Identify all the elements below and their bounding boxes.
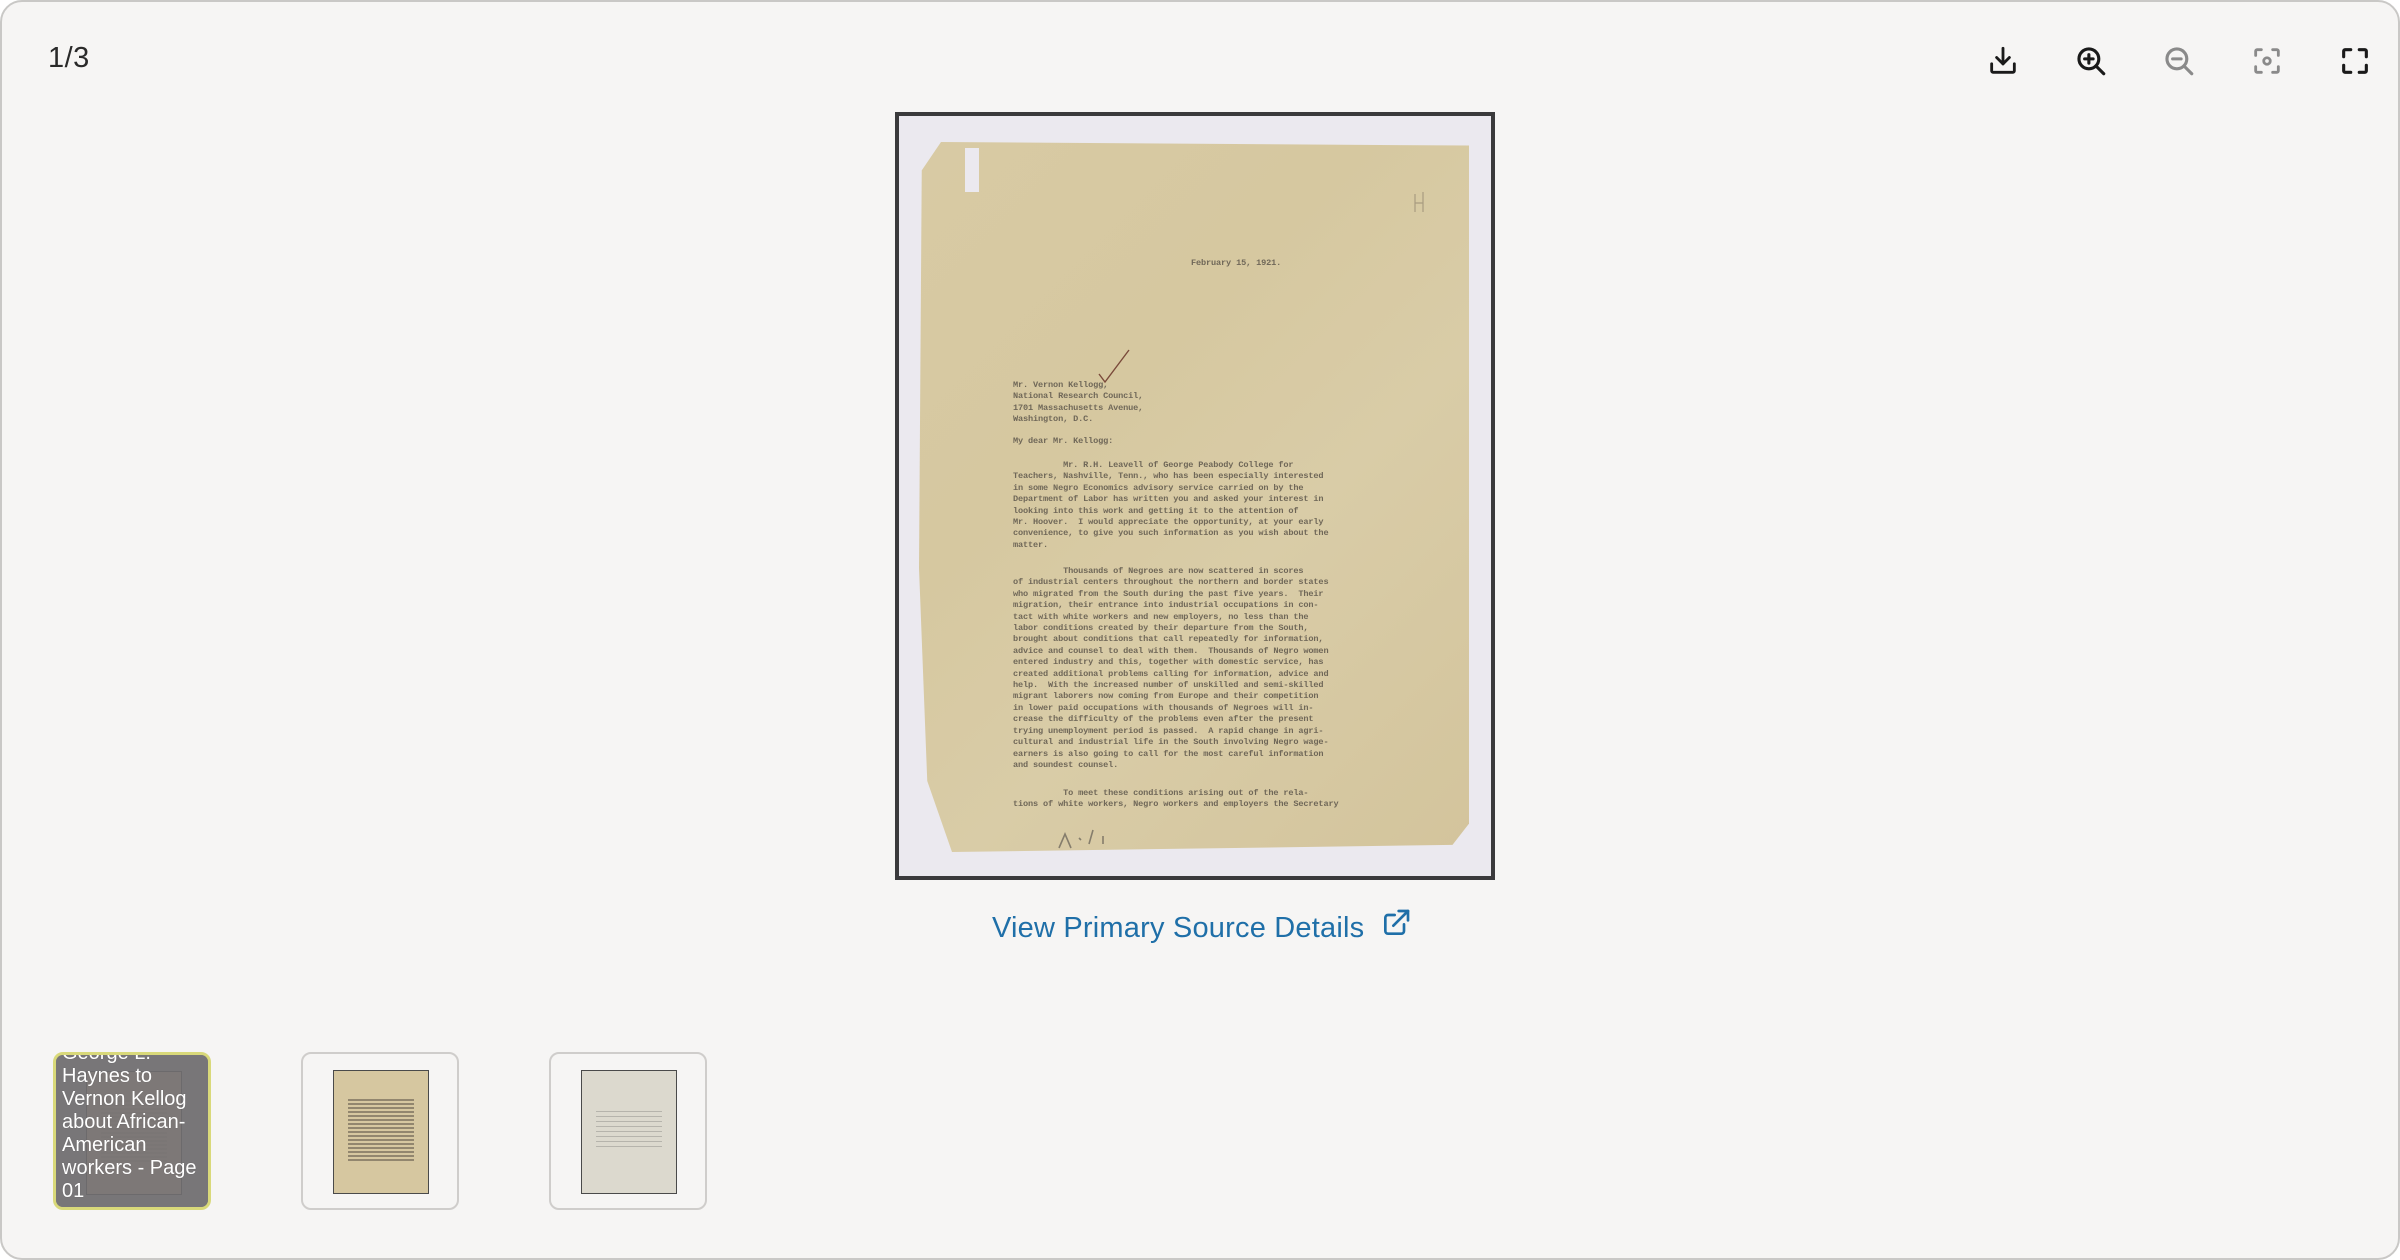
thumbnail-page-2[interactable] bbox=[301, 1052, 459, 1210]
letter-address: Mr. Vernon Kellogg, National Research Co… bbox=[1013, 380, 1143, 426]
link-label: View Primary Source Details bbox=[992, 912, 1364, 945]
thumbnail-page-3[interactable] bbox=[549, 1052, 707, 1210]
document-image[interactable]: February 15, 1921. Mr. Vernon Kellogg, N… bbox=[895, 112, 1495, 880]
external-link-icon bbox=[1380, 907, 1412, 939]
letter-salutation: My dear Mr. Kellogg: bbox=[1013, 436, 1113, 447]
zoom-in-button[interactable] bbox=[2068, 38, 2114, 84]
thumbnail-strip: George L. Haynes to Vernon Kellog about … bbox=[53, 1052, 797, 1210]
page-counter: 1/3 bbox=[48, 42, 90, 75]
download-icon bbox=[1986, 44, 2020, 78]
zoom-out-button[interactable] bbox=[2156, 38, 2202, 84]
thumbnail-page-1[interactable]: George L. Haynes to Vernon Kellog about … bbox=[53, 1052, 211, 1210]
handwritten-annotation bbox=[1057, 822, 1117, 852]
fullscreen-icon bbox=[2338, 44, 2372, 78]
view-primary-source-link[interactable]: View Primary Source Details bbox=[992, 912, 1412, 945]
reset-zoom-button[interactable] bbox=[2244, 38, 2290, 84]
document-viewer: 1/3 bbox=[0, 0, 2400, 1260]
thumbnail-image bbox=[333, 1070, 429, 1194]
fullscreen-button[interactable] bbox=[2332, 38, 2378, 84]
letter-page: February 15, 1921. Mr. Vernon Kellogg, N… bbox=[919, 142, 1469, 852]
checkmark-icon bbox=[1097, 348, 1131, 384]
zoom-in-icon bbox=[2074, 44, 2108, 78]
letter-date: February 15, 1921. bbox=[1191, 258, 1281, 269]
thumbnail-image bbox=[581, 1070, 677, 1194]
zoom-out-icon bbox=[2162, 44, 2196, 78]
letter-paragraph: Thousands of Negroes are now scattered i… bbox=[1013, 566, 1328, 771]
thumbnail-caption: George L. Haynes to Vernon Kellog about … bbox=[62, 1052, 204, 1203]
download-button[interactable] bbox=[1980, 38, 2026, 84]
paper-tear bbox=[965, 148, 979, 192]
pencil-mark bbox=[1411, 190, 1431, 216]
reset-zoom-icon bbox=[2250, 44, 2284, 78]
letter-paragraph: Mr. R.H. Leavell of George Peabody Colle… bbox=[1013, 460, 1328, 551]
viewer-toolbar bbox=[1938, 38, 2378, 84]
letter-paragraph: To meet these conditions arising out of … bbox=[1013, 788, 1338, 811]
